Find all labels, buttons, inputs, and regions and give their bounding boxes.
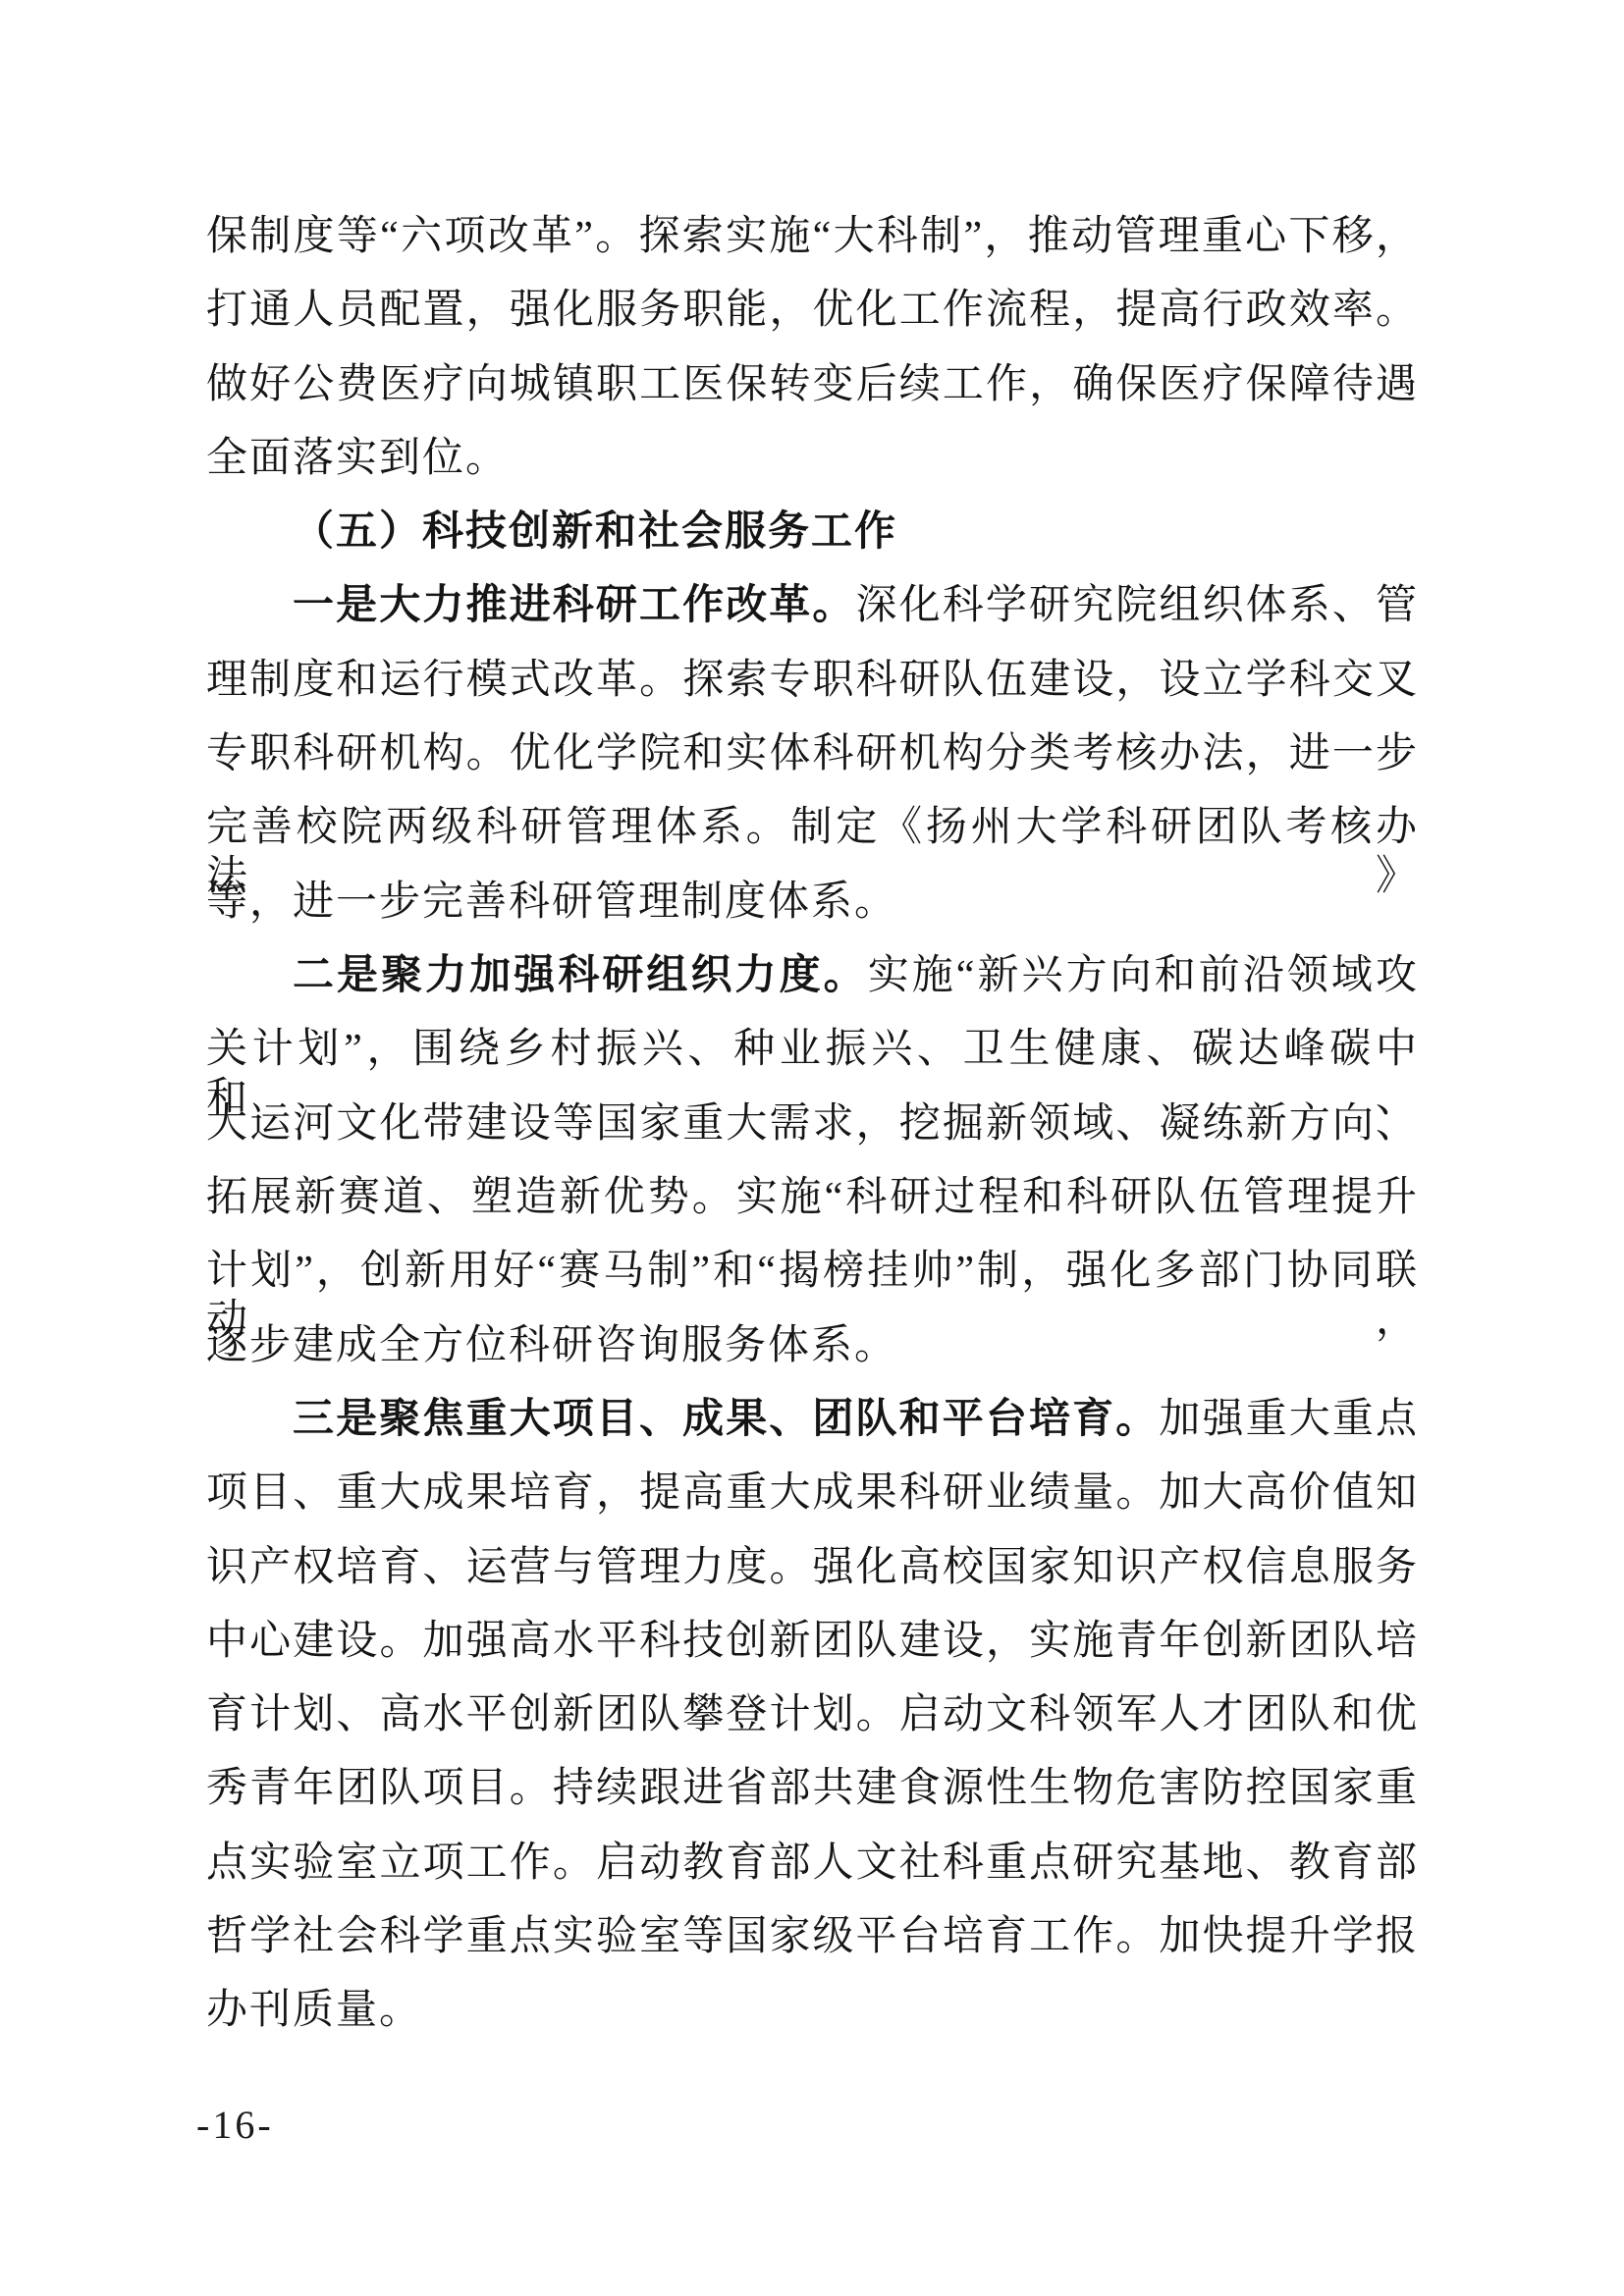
line-text: 加强重大重点 [1159,1397,1419,1442]
line-text: 大运河文化带建设等国家重大需求，挖掘新领域、凝练新方向、 [206,1101,1419,1147]
text-line: 中心建设。加强高水平科技创新团队建设，实施青年创新团队培 [206,1618,1419,1667]
line-text: 办刊质量。 [206,1988,422,2033]
line-text: 逐步建成全方位科研咨询服务体系。 [206,1323,897,1368]
line-text: 专职科研机构。优化学院和实体科研机构分类考核办法，进一步 [206,731,1419,776]
paragraph-lead: 一是大力推进科研工作改革。 [293,583,856,628]
text-line: 打通人员配置，强化服务职能，优化工作流程，提高行政效率。 [206,287,1419,336]
text-line: 三是聚焦重大项目、成果、团队和平台培育。加强重大重点 [293,1396,1419,1445]
paragraph-lead: 二是聚力加强科研组织力度。 [293,953,868,998]
text-line: 理制度和运行模式改革。探索专职科研队伍建设，设立学科交叉 [206,657,1419,706]
text-line: 专职科研机构。优化学院和实体科研机构分类考核办法，进一步 [206,730,1419,779]
text-line: 二是聚力加强科研组织力度。实施“新兴方向和前沿领域攻 [293,952,1419,1001]
text-line: 全面落实到位。 [206,435,1419,484]
line-text: 识产权培育、运营与管理力度。强化高校国家知识产权信息服务 [206,1545,1419,1590]
line-text: 拓展新赛道、塑造新优势。实施“科研过程和科研队伍管理提升 [206,1175,1419,1220]
text-line: 大运河文化带建设等国家重大需求，挖掘新领域、凝练新方向、 [206,1100,1419,1149]
text-line: 逐步建成全方位科研咨询服务体系。 [206,1322,1419,1371]
text-line: 哲学社会科学重点实验室等国家级平台培育工作。加快提升学报 [206,1913,1419,1962]
text-line: 拓展新赛道、塑造新优势。实施“科研过程和科研队伍管理提升 [206,1174,1419,1223]
text-line: 育计划、高水平创新团队攀登计划。启动文科领军人才团队和优 [206,1691,1419,1740]
text-line: 一是大力推进科研工作改革。深化科学研究院组织体系、管 [293,582,1419,631]
line-text: 打通人员配置，强化服务职能，优化工作流程，提高行政效率。 [206,288,1419,333]
line-text: 做好公费医疗向城镇职工医保转变后续工作，确保医疗保障待遇 [206,362,1419,407]
line-text: 项目、重大成果培育，提高重大成果科研业绩量。加大高价值知 [206,1470,1419,1516]
line-text: 育计划、高水平创新团队攀登计划。启动文科领军人才团队和优 [206,1692,1419,1737]
line-text: 深化科学研究院组织体系、管 [856,583,1419,628]
line-text: 全面落实到位。 [206,436,509,481]
line-text: 实施“新兴方向和前沿领域攻 [868,953,1419,998]
text-line: 项目、重大成果培育，提高重大成果科研业绩量。加大高价值知 [206,1469,1419,1519]
section-heading-text: （五）科技创新和社会服务工作 [293,509,897,555]
paragraph-lead: 三是聚焦重大项目、成果、团队和平台培育。 [293,1397,1159,1442]
line-text: 中心建设。加强高水平科技创新团队建设，实施青年创新团队培 [206,1619,1419,1664]
line-text: 等，进一步完善科研管理制度体系。 [206,880,897,925]
section-heading: （五）科技创新和社会服务工作 [293,508,1419,558]
text-line: 办刊质量。 [206,1987,1419,2036]
page-number: -16- [196,2102,274,2148]
line-text: 哲学社会科学重点实验室等国家级平台培育工作。加快提升学报 [206,1914,1419,1959]
document-page: 保制度等“六项改革”。探索实施“大科制”，推动管理重心下移， 打通人员配置，强化… [0,0,1624,2296]
line-text: 理制度和运行模式改革。探索专职科研队伍建设，设立学科交叉 [206,658,1419,703]
line-text: 秀青年团队项目。持续跟进省部共建食源性生物危害防控国家重 [206,1766,1419,1811]
text-line: 秀青年团队项目。持续跟进省部共建食源性生物危害防控国家重 [206,1765,1419,1814]
text-line: 保制度等“六项改革”。探索实施“大科制”，推动管理重心下移， [206,213,1419,262]
text-line: 点实验室立项工作。启动教育部人文社科重点研究基地、教育部 [206,1840,1419,1889]
text-line: 等，进一步完善科研管理制度体系。 [206,879,1419,928]
text-line: 识产权培育、运营与管理力度。强化高校国家知识产权信息服务 [206,1544,1419,1593]
text-line: 做好公费医疗向城镇职工医保转变后续工作，确保医疗保障待遇 [206,361,1419,410]
line-text: 保制度等“六项改革”。探索实施“大科制”，推动管理重心下移， [206,214,1419,259]
line-text: 点实验室立项工作。启动教育部人文社科重点研究基地、教育部 [206,1841,1419,1886]
